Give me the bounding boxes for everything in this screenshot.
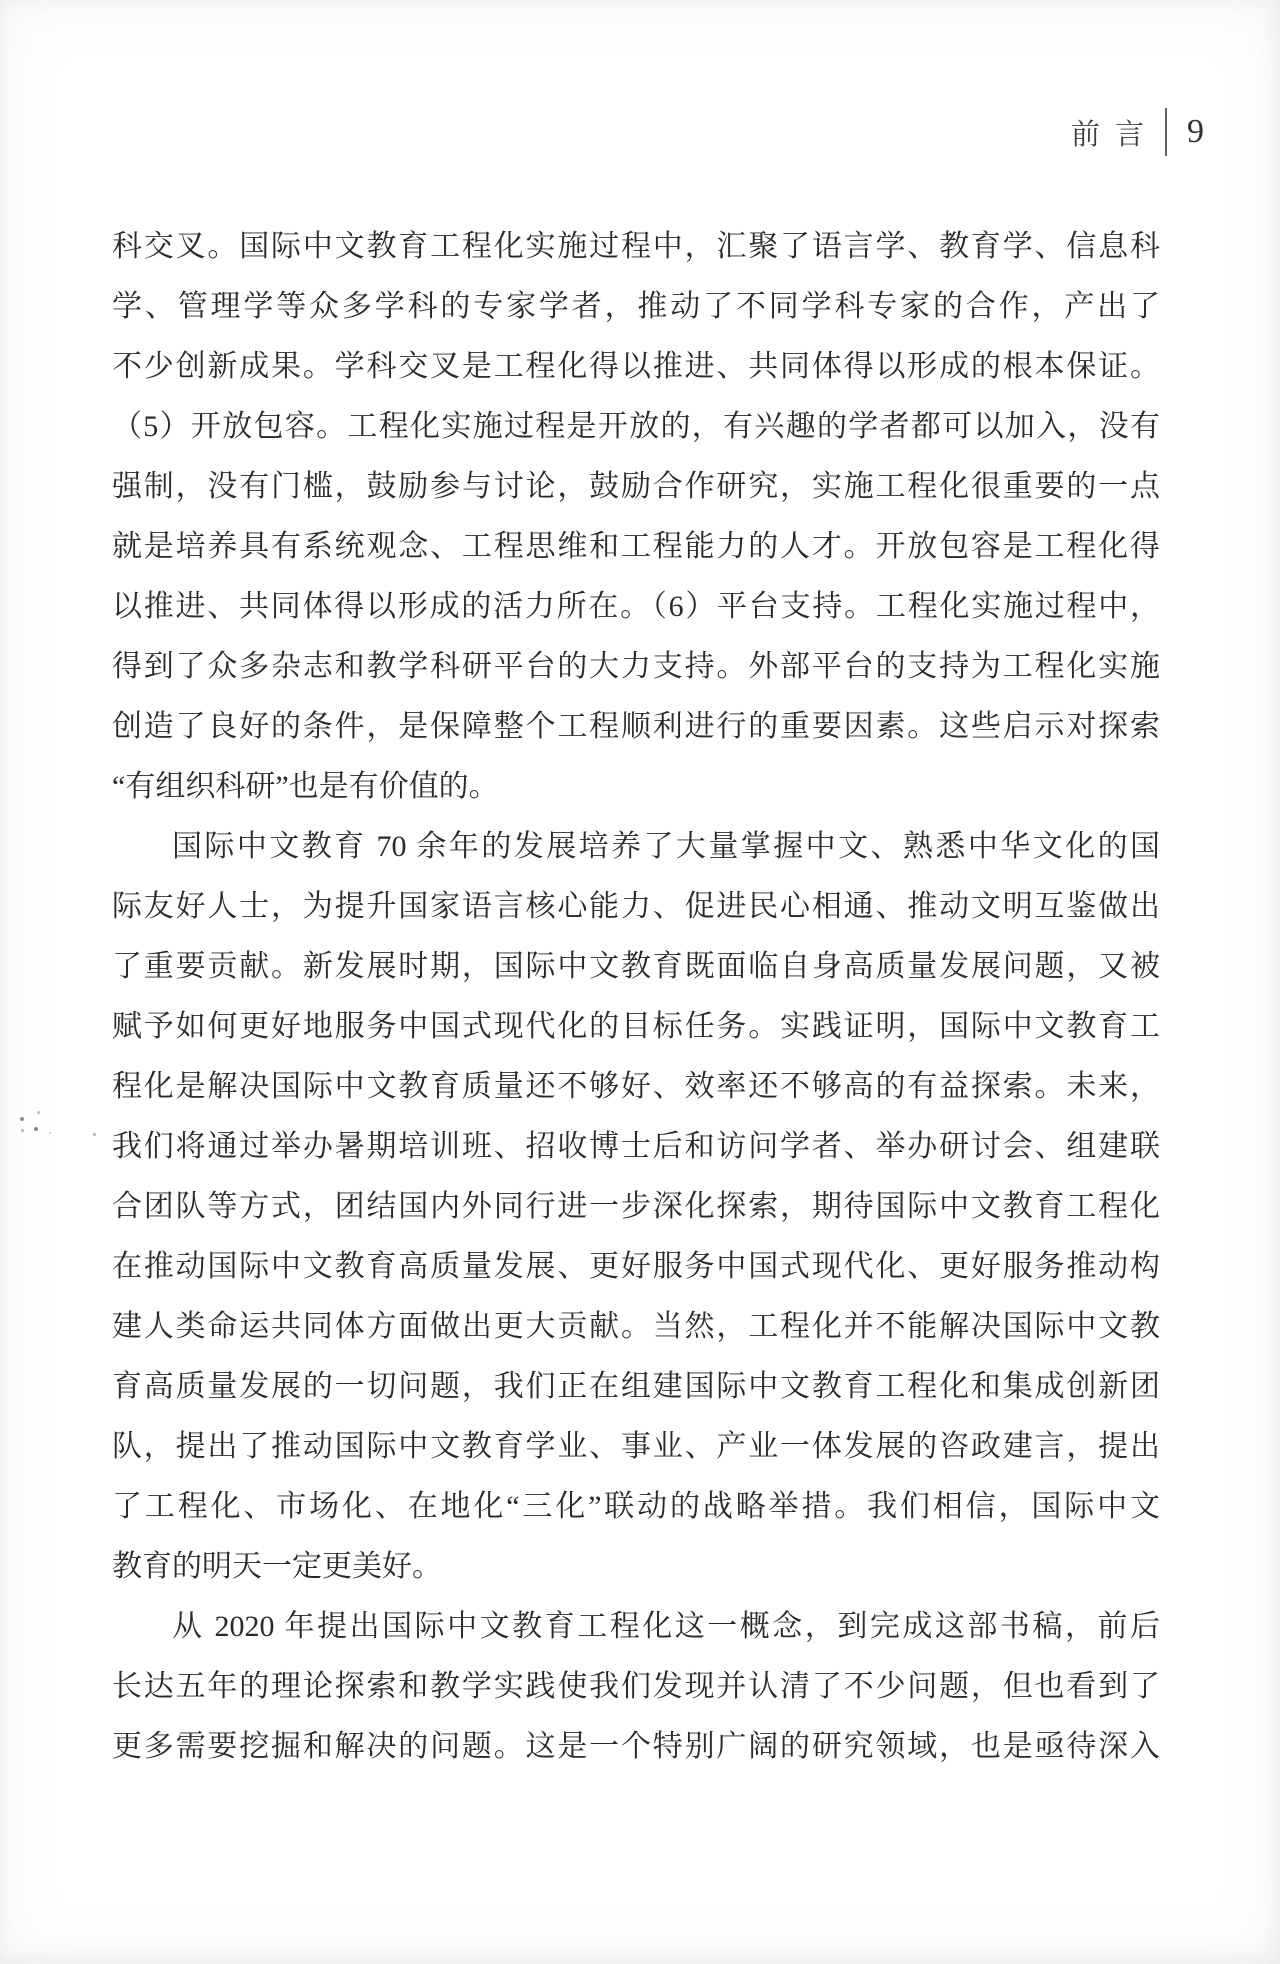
paragraph-3: 从 2020 年提出国际中文教育工程化这一概念，到完成这部书稿，前后 长达五年的… [112, 1597, 1160, 1777]
text-line: 际友好人士，为提升国家语言核心能力、促进民心相通、推动文明互鉴做出 [112, 877, 1160, 937]
scan-speckle [21, 1129, 24, 1132]
text-line: 建人类命运共同体方面做出更大贡献。当然，工程化并不能解决国际中文教 [112, 1297, 1160, 1357]
scan-speckle [34, 1127, 38, 1131]
text-line: 得到了众多杂志和教学科研平台的大力支持。外部平台的支持为工程化实施 [112, 637, 1160, 697]
page-header: 前 言 9 [1071, 108, 1204, 156]
scan-speckle [37, 1111, 40, 1114]
text-line: 队，提出了推动国际中文教育学业、事业、产业一体发展的咨政建言，提出 [112, 1417, 1160, 1477]
paragraph-1: 科交叉。国际中文教育工程化实施过程中，汇聚了语言学、教育学、信息科 学、管理学等… [112, 217, 1160, 817]
text-line: 了重要贡献。新发展时期，国际中文教育既面临自身高质量发展问题，又被 [112, 937, 1160, 997]
text-line: 就是培养具有系统观念、工程思维和工程能力的人才。开放包容是工程化得 [112, 517, 1160, 577]
page-number: 9 [1187, 108, 1204, 156]
text-line: 国际中文教育 70 余年的发展培养了大量掌握中文、熟悉中华文化的国 [112, 817, 1160, 877]
text-line: 不少创新成果。学科交叉是工程化得以推进、共同体得以形成的根本保证。 [112, 337, 1160, 397]
text-line: 学、管理学等众多学科的专家学者，推动了不同学科专家的合作，产出了 [112, 277, 1160, 337]
text-line: （5）开放包容。工程化实施过程是开放的，有兴趣的学者都可以加入，没有 [112, 397, 1160, 457]
chapter-title-char-1: 前 [1071, 112, 1101, 153]
book-page: 前 言 9 科交叉。国际中文教育工程化实施过程中，汇聚了语言学、教育学、信息科 … [0, 0, 1280, 1964]
text-line: 育高质量发展的一切问题，我们正在组建国际中文教育工程化和集成创新团 [112, 1357, 1160, 1417]
scan-speckle [20, 1117, 24, 1121]
text-line: 更多需要挖掘和解决的问题。这是一个特别广阔的研究领域，也是亟待深入 [112, 1717, 1160, 1777]
text-line: 长达五年的理论探索和教学实践使我们发现并认清了不少问题，但也看到了 [112, 1657, 1160, 1717]
scan-speckle [93, 1133, 96, 1136]
text-line: 程化是解决国际中文教育质量还不够好、效率还不够高的有益探索。未来， [112, 1057, 1160, 1117]
text-line: 创造了良好的条件，是保障整个工程顺利进行的重要因素。这些启示对探索 [112, 697, 1160, 757]
chapter-title: 前 言 [1071, 112, 1145, 153]
paragraph-2: 国际中文教育 70 余年的发展培养了大量掌握中文、熟悉中华文化的国 际友好人士，… [112, 817, 1160, 1597]
text-line: 科交叉。国际中文教育工程化实施过程中，汇聚了语言学、教育学、信息科 [112, 217, 1160, 277]
body-text: 科交叉。国际中文教育工程化实施过程中，汇聚了语言学、教育学、信息科 学、管理学等… [112, 217, 1160, 1777]
header-divider [1165, 108, 1167, 156]
text-line: 在推动国际中文教育高质量发展、更好服务中国式现代化、更好服务推动构 [112, 1237, 1160, 1297]
text-line: 赋予如何更好地服务中国式现代化的目标任务。实践证明，国际中文教育工 [112, 997, 1160, 1057]
text-line: 教育的明天一定更美好。 [112, 1537, 1160, 1597]
scan-speckle [49, 1132, 51, 1134]
text-line: 从 2020 年提出国际中文教育工程化这一概念，到完成这部书稿，前后 [112, 1597, 1160, 1657]
text-line: 以推进、共同体得以形成的活力所在。（6）平台支持。工程化实施过程中， [112, 577, 1160, 637]
text-line: “有组织科研”也是有价值的。 [112, 757, 1160, 817]
text-line: 强制，没有门槛，鼓励参与讨论，鼓励合作研究，实施工程化很重要的一点 [112, 457, 1160, 517]
chapter-title-char-2: 言 [1115, 112, 1145, 153]
text-line: 我们将通过举办暑期培训班、招收博士后和访问学者、举办研讨会、组建联 [112, 1117, 1160, 1177]
text-line: 了工程化、市场化、在地化“三化”联动的战略举措。我们相信，国际中文 [112, 1477, 1160, 1537]
text-line: 合团队等方式，团结国内外同行进一步深化探索，期待国际中文教育工程化 [112, 1177, 1160, 1237]
